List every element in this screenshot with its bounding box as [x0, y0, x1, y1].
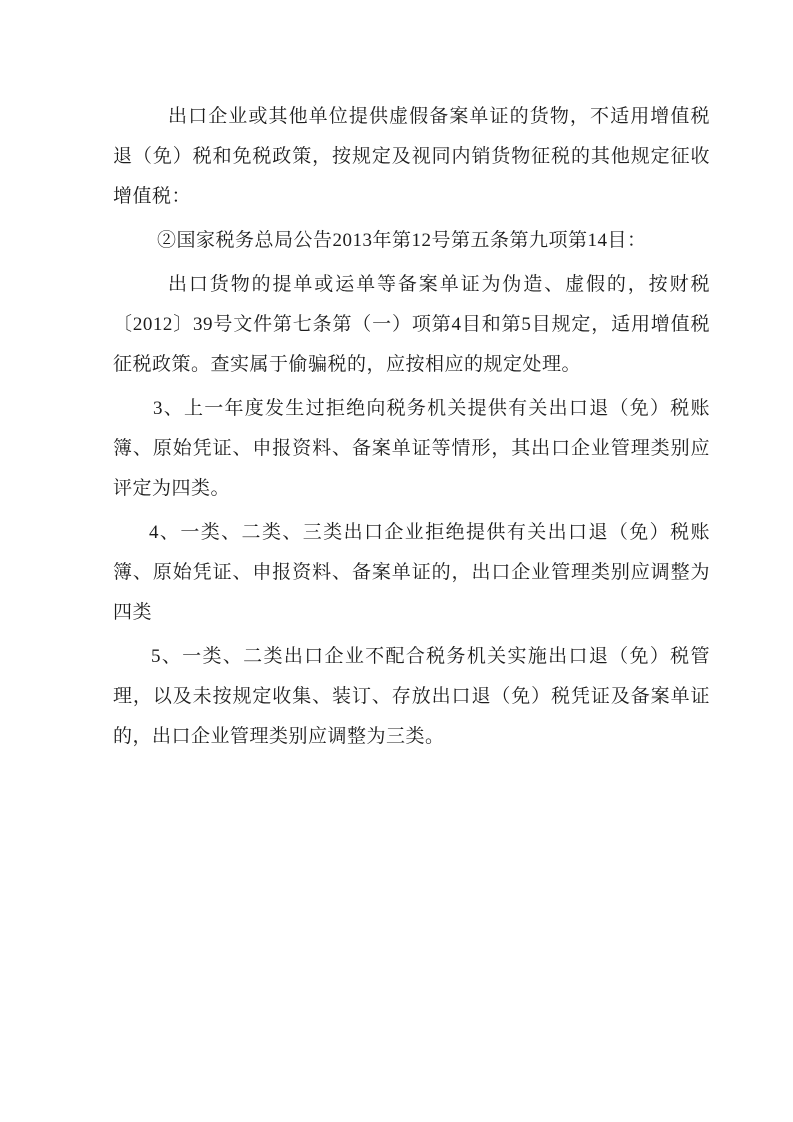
text-line: 3、上一年度发生过拒绝向税务机关提供有关出口退（免）税账	[113, 389, 710, 429]
paragraph-forged-documents: 出口货物的提单或运单等备案单证为伪造、虚假的，按财税〔2012〕39号文件第七条…	[113, 265, 710, 385]
paragraph-false-docs-goods: 出口企业或其他单位提供虚假备案单证的货物，不适用增值税退（免）税和免税政策，按规…	[113, 97, 710, 217]
text-line: 增值税：	[113, 177, 710, 217]
paragraph-item-5: 5、一类、二类出口企业不配合税务机关实施出口退（免）税管理，以及未按规定收集、装…	[113, 637, 710, 757]
text-line: 出口企业或其他单位提供虚假备案单证的货物，不适用增值税	[113, 97, 710, 137]
paragraph-item-3: 3、上一年度发生过拒绝向税务机关提供有关出口退（免）税账簿、原始凭证、申报资料、…	[113, 389, 710, 509]
text-line: 4、一类、二类、三类出口企业拒绝提供有关出口退（免）税账	[113, 513, 710, 553]
text-line: 出口货物的提单或运单等备案单证为伪造、虚假的，按财税	[113, 265, 710, 305]
text-line: 簿、原始凭证、申报资料、备案单证等情形，其出口企业管理类别应	[113, 429, 710, 469]
text-line: 征税政策。查实属于偷骗税的，应按相应的规定处理。	[113, 345, 710, 385]
text-line: 四类	[113, 593, 710, 633]
document-page: 出口企业或其他单位提供虚假备案单证的货物，不适用增值税退（免）税和免税政策，按规…	[0, 0, 793, 1122]
text-line: 退（免）税和免税政策，按规定及视同内销货物征税的其他规定征收	[113, 137, 710, 177]
text-line: ②国家税务总局公告2013年第12号第五条第九项第14目：	[113, 221, 710, 261]
text-line: 〔2012〕39号文件第七条第（一）项第4目和第5目规定，适用增值税	[113, 305, 710, 345]
paragraph-item-4: 4、一类、二类、三类出口企业拒绝提供有关出口退（免）税账簿、原始凭证、申报资料、…	[113, 513, 710, 633]
text-line: 簿、原始凭证、申报资料、备案单证的，出口企业管理类别应调整为	[113, 553, 710, 593]
document-body: 出口企业或其他单位提供虚假备案单证的货物，不适用增值税退（免）税和免税政策，按规…	[113, 97, 710, 761]
text-line: 5、一类、二类出口企业不配合税务机关实施出口退（免）税管	[113, 637, 710, 677]
text-line: 评定为四类。	[113, 469, 710, 509]
paragraph-announcement-ref: ②国家税务总局公告2013年第12号第五条第九项第14目：	[113, 221, 710, 261]
text-line: 的，出口企业管理类别应调整为三类。	[113, 717, 710, 757]
text-line: 理，以及未按规定收集、装订、存放出口退（免）税凭证及备案单证	[113, 677, 710, 717]
